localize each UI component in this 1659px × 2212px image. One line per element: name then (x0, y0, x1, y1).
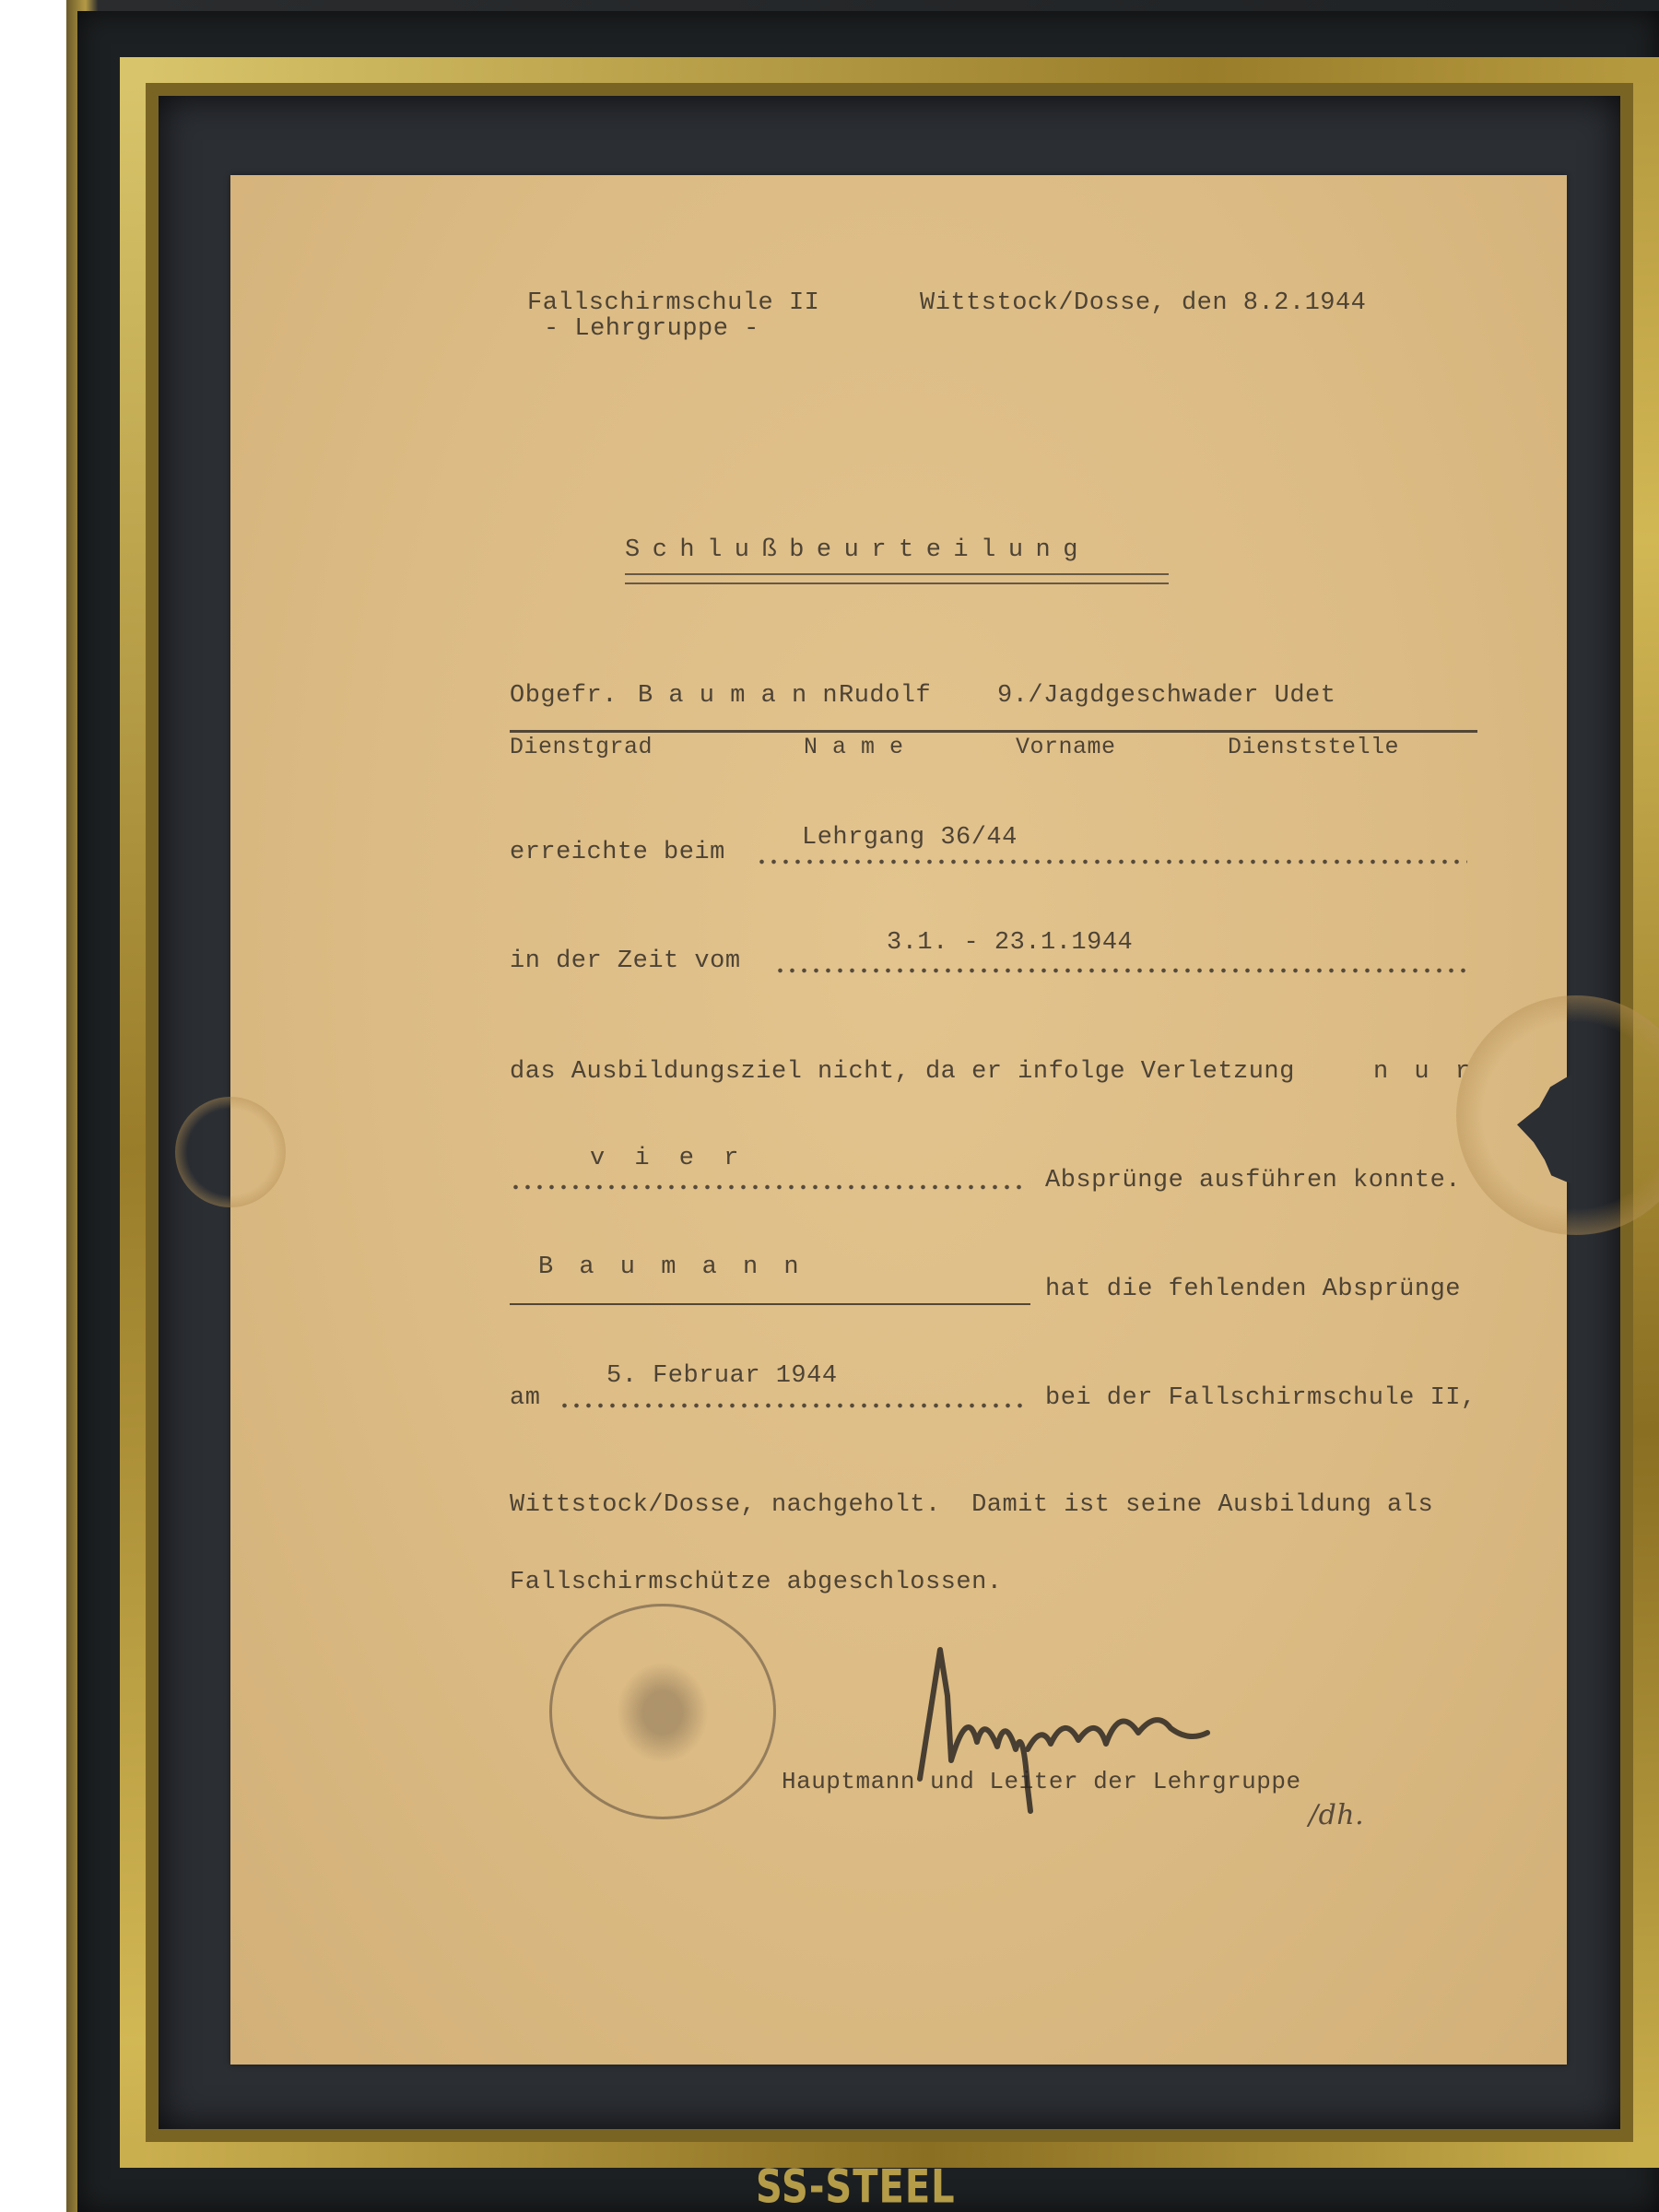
makeup-date-label: am (510, 1384, 540, 1412)
person-unit: 9./Jagdgeschwader Udet (997, 682, 1335, 710)
course-dotted-line (756, 859, 1467, 865)
eagle-emblem-icon (617, 1662, 709, 1763)
document-paper: Fallschirmschule II - Lehrgruppe - Witts… (230, 175, 1567, 2065)
jumps-value: v i e r (590, 1145, 746, 1172)
goal-text: das Ausbildungsziel nicht, da er infolge… (510, 1058, 1295, 1086)
period-label: in der Zeit vom (510, 947, 741, 975)
label-surname: N a m e (804, 734, 904, 760)
jumps-dotted-line (510, 1184, 1024, 1190)
title-double-underline (625, 573, 1169, 584)
makeup-date-value: 5. Februar 1944 (606, 1362, 838, 1390)
header-unit: Fallschirmschule II (527, 289, 819, 317)
handwritten-signature (912, 1641, 1217, 1816)
course-value: Lehrgang 36/44 (802, 824, 1018, 852)
makeup-name: B a u m a n n (538, 1253, 805, 1281)
header-subunit: - Lehrgruppe - (544, 315, 759, 343)
watermark: SS-STEEL (756, 2160, 956, 2212)
initials: /dh. (1309, 1799, 1364, 1831)
makeup-name-underline (510, 1303, 1030, 1305)
label-unit: Dienststelle (1228, 734, 1399, 760)
header-place-date: Wittstock/Dosse, den 8.2.1944 (920, 289, 1366, 317)
person-underline (510, 730, 1477, 733)
person-rank: Obgefr. (510, 682, 618, 710)
person-surname: B a u m a n n (638, 682, 838, 710)
water-stain-left (175, 1097, 286, 1207)
course-label: erreichte beim (510, 839, 725, 866)
official-stamp (549, 1604, 776, 1819)
closing-line-1: Wittstock/Dosse, nachgeholt. Damit ist s… (510, 1491, 1433, 1519)
makeup-date-text: bei der Fallschirmschule II, (1045, 1384, 1477, 1412)
label-first-name: Vorname (1016, 734, 1116, 760)
label-rank: Dienstgrad (510, 734, 653, 760)
person-first-name: Rudolf (839, 682, 931, 710)
makeup-text: hat die fehlenden Absprünge (1045, 1276, 1461, 1303)
goal-emphasis: n u r (1373, 1058, 1476, 1086)
closing-line-2: Fallschirmschütze abgeschlossen. (510, 1569, 1002, 1596)
jumps-text: Absprünge ausführen konnte. (1045, 1167, 1461, 1194)
period-value: 3.1. - 23.1.1944 (887, 929, 1133, 957)
makeup-date-dotted-line (559, 1403, 1024, 1408)
document-title: Schlußbeurteilung (625, 536, 1090, 564)
period-dotted-line (774, 968, 1467, 973)
